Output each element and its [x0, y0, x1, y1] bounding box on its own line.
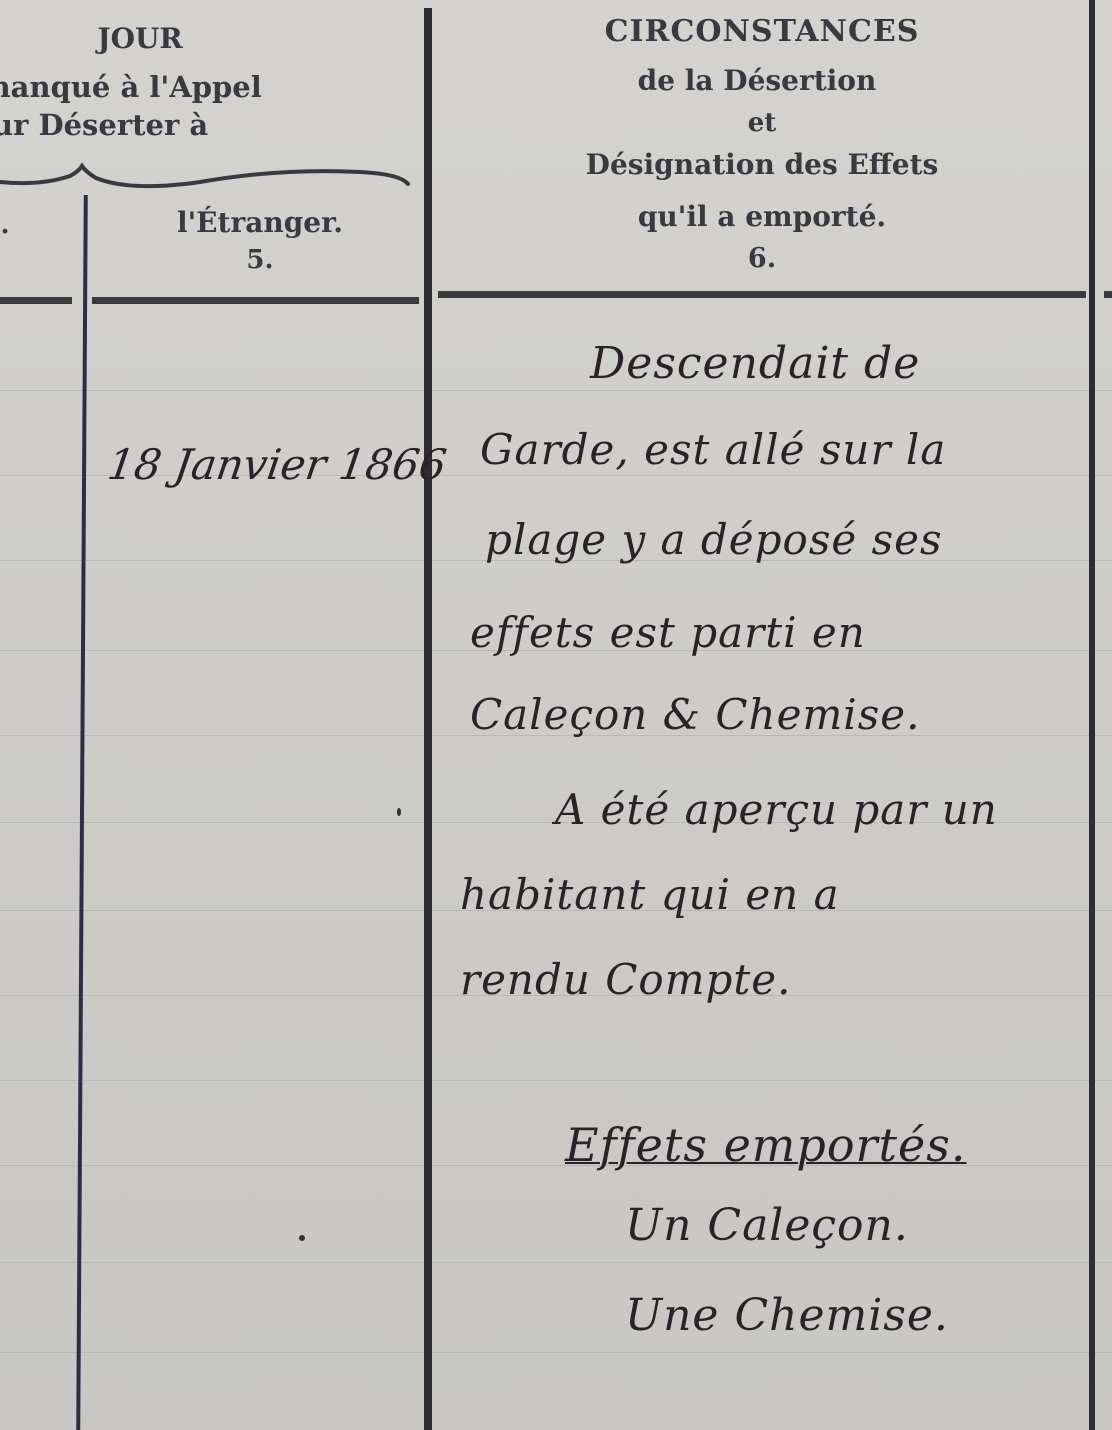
circonstance-line: Descendait de	[590, 338, 920, 389]
circonstance-line: effets est parti en	[470, 608, 866, 657]
header-col6-line4: Désignation des Effets	[432, 148, 1092, 181]
header-jour-title: JOUR	[40, 22, 240, 55]
circonstance-line: rendu Compte.	[460, 955, 792, 1004]
header-col6-title: CIRCONSTANCES	[432, 14, 1092, 49]
header-rule-right	[1104, 291, 1112, 298]
header-col6-number: 6.	[432, 243, 1092, 274]
header-col6-line3: et	[432, 108, 1092, 138]
column-divider-4-5	[76, 195, 88, 1430]
circonstance-line: A été aperçu par un	[555, 785, 998, 834]
header-col4-number: .	[0, 210, 10, 240]
header-col5-label: l'Étranger.	[130, 206, 390, 239]
ink-spot	[397, 808, 401, 816]
header-jour-line2: manqué à l'Appel	[0, 70, 340, 104]
effets-item: Un Caleçon.	[625, 1200, 909, 1251]
header-col6-line2: de la Désertion	[432, 64, 1082, 97]
circonstance-line: Caleçon & Chemise.	[470, 690, 920, 739]
header-rule-col5	[92, 297, 419, 304]
header-jour-line3: ur Déserter à	[0, 108, 292, 142]
header-col5-number: 5.	[130, 245, 390, 275]
circonstance-line: habitant qui en a	[460, 870, 840, 919]
effets-title: Effets emportés.	[565, 1118, 966, 1172]
circonstance-line: Garde, est allé sur la	[480, 425, 946, 474]
header-col6-line5: qu'il a emporté.	[432, 200, 1092, 233]
effets-item: Une Chemise.	[625, 1290, 949, 1341]
circonstance-line: plage y a déposé ses	[485, 515, 943, 564]
header-rule-col4	[0, 297, 72, 304]
column-divider-5-6	[424, 8, 432, 1430]
header-rule-col6	[438, 291, 1086, 298]
header-brace	[0, 160, 420, 200]
entry-date-etranger: 18 Janvier 1866	[105, 440, 450, 489]
ink-spot	[299, 1235, 305, 1241]
